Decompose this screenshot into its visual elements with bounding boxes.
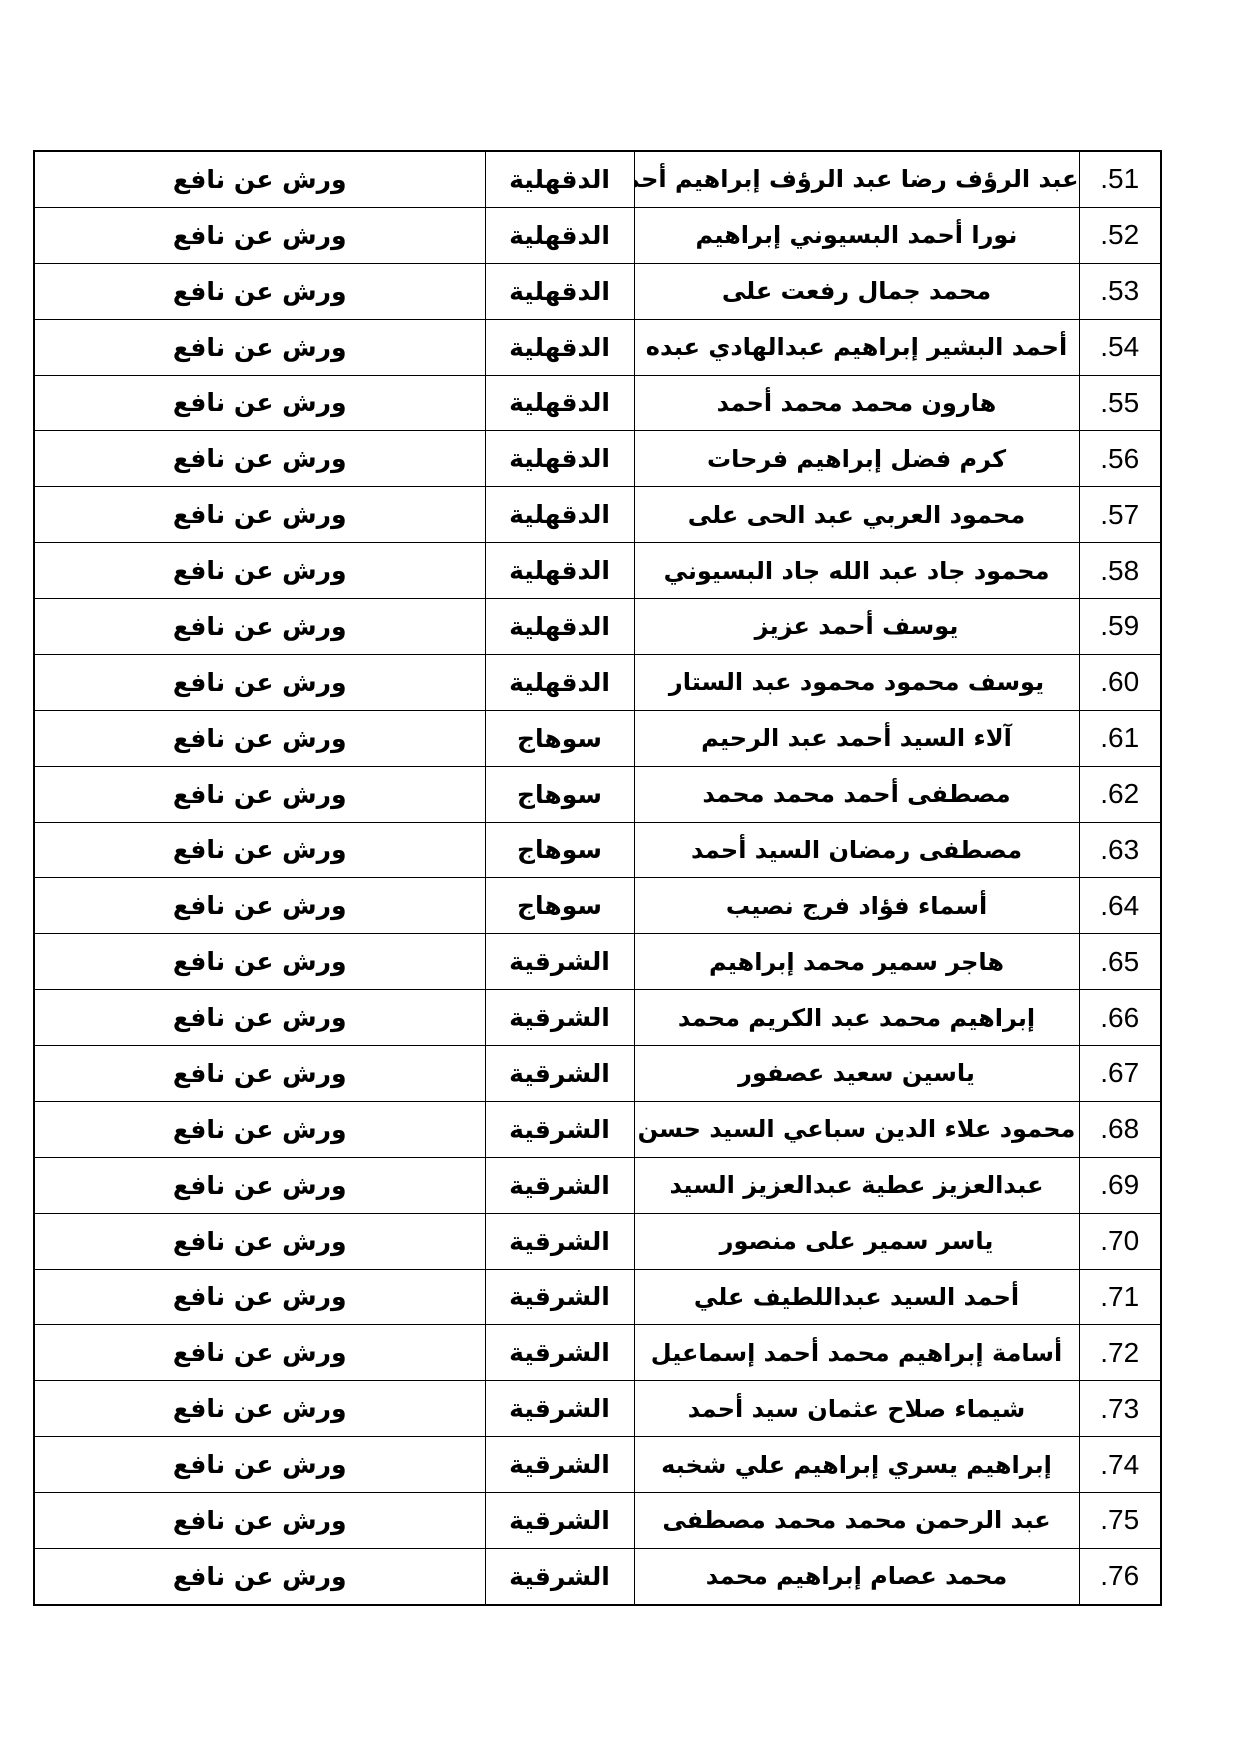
- cell-riwaya: ورش عن نافع: [34, 766, 485, 822]
- cell-riwaya: ورش عن نافع: [34, 1381, 485, 1437]
- table-row: .63 مصطفى رمضان السيد أحمد سوهاج ورش عن …: [34, 822, 1161, 878]
- cell-governorate: الدقهلية: [485, 263, 634, 319]
- cell-row-number: .64: [1079, 878, 1161, 934]
- cell-student-name: أحمد السيد عبداللطيف علي: [634, 1269, 1079, 1325]
- cell-row-number: .67: [1079, 1046, 1161, 1102]
- cell-riwaya: ورش عن نافع: [34, 207, 485, 263]
- cell-governorate: الدقهلية: [485, 543, 634, 599]
- table-row: .66 إبراهيم محمد عبد الكريم محمد الشرقية…: [34, 990, 1161, 1046]
- cell-row-number: .69: [1079, 1157, 1161, 1213]
- table-row: .64 أسماء فؤاد فرج نصيب سوهاج ورش عن ناف…: [34, 878, 1161, 934]
- cell-governorate: الشرقية: [485, 1381, 634, 1437]
- table-row: .76 محمد عصام إبراهيم محمد الشرقية ورش ع…: [34, 1548, 1161, 1604]
- table-row: .73 شيماء صلاح عثمان سيد أحمد الشرقية ور…: [34, 1381, 1161, 1437]
- cell-row-number: .74: [1079, 1437, 1161, 1493]
- cell-student-name: مصطفى أحمد محمد محمد: [634, 766, 1079, 822]
- cell-governorate: الدقهلية: [485, 599, 634, 655]
- cell-student-name: آلاء السيد أحمد عبد الرحيم: [634, 710, 1079, 766]
- cell-riwaya: ورش عن نافع: [34, 878, 485, 934]
- cell-student-name: أسماء فؤاد فرج نصيب: [634, 878, 1079, 934]
- cell-row-number: .68: [1079, 1101, 1161, 1157]
- cell-student-name: يوسف محمود محمود عبد الستار: [634, 654, 1079, 710]
- cell-row-number: .57: [1079, 487, 1161, 543]
- cell-student-name: محمد جمال رفعت على: [634, 263, 1079, 319]
- cell-student-name: ياسين سعيد عصفور: [634, 1046, 1079, 1102]
- cell-governorate: سوهاج: [485, 710, 634, 766]
- table-row: .75 عبد الرحمن محمد محمد مصطفى الشرقية و…: [34, 1493, 1161, 1549]
- cell-riwaya: ورش عن نافع: [34, 375, 485, 431]
- cell-student-name: كرم فضل إبراهيم فرحات: [634, 431, 1079, 487]
- cell-governorate: الشرقية: [485, 1437, 634, 1493]
- table-row: .67 ياسين سعيد عصفور الشرقية ورش عن نافع: [34, 1046, 1161, 1102]
- cell-governorate: الشرقية: [485, 1325, 634, 1381]
- cell-governorate: الدقهلية: [485, 487, 634, 543]
- table-row: .74 إبراهيم يسري إبراهيم علي شخبه الشرقي…: [34, 1437, 1161, 1493]
- cell-riwaya: ورش عن نافع: [34, 710, 485, 766]
- cell-riwaya: ورش عن نافع: [34, 1493, 485, 1549]
- cell-riwaya: ورش عن نافع: [34, 263, 485, 319]
- cell-row-number: .54: [1079, 319, 1161, 375]
- cell-riwaya: ورش عن نافع: [34, 1325, 485, 1381]
- cell-riwaya: ورش عن نافع: [34, 990, 485, 1046]
- cell-student-name: إبراهيم محمد عبد الكريم محمد: [634, 990, 1079, 1046]
- cell-row-number: .75: [1079, 1493, 1161, 1549]
- cell-governorate: الشرقية: [485, 990, 634, 1046]
- cell-student-name: عبد الرحمن محمد محمد مصطفى: [634, 1493, 1079, 1549]
- cell-riwaya: ورش عن نافع: [34, 1101, 485, 1157]
- table-row: .54 أحمد البشير إبراهيم عبدالهادي عبده ا…: [34, 319, 1161, 375]
- cell-student-name: إبراهيم يسري إبراهيم علي شخبه: [634, 1437, 1079, 1493]
- table-row: .58 محمود جاد عبد الله جاد البسيوني الدق…: [34, 543, 1161, 599]
- cell-student-name: نورا أحمد البسيوني إبراهيم: [634, 207, 1079, 263]
- table-row: .53 محمد جمال رفعت على الدقهلية ورش عن ن…: [34, 263, 1161, 319]
- cell-row-number: .71: [1079, 1269, 1161, 1325]
- cell-riwaya: ورش عن نافع: [34, 599, 485, 655]
- cell-governorate: الشرقية: [485, 1213, 634, 1269]
- cell-riwaya: ورش عن نافع: [34, 431, 485, 487]
- cell-row-number: .58: [1079, 543, 1161, 599]
- cell-governorate: الشرقية: [485, 1548, 634, 1604]
- cell-riwaya: ورش عن نافع: [34, 1046, 485, 1102]
- table-row: .60 يوسف محمود محمود عبد الستار الدقهلية…: [34, 654, 1161, 710]
- cell-student-name: مصطفى رمضان السيد أحمد: [634, 822, 1079, 878]
- document-page: .51 عبد الرؤف رضا عبد الرؤف إبراهيم أحمد…: [0, 0, 1240, 1755]
- table-row: .55 هارون محمد محمد أحمد الدقهلية ورش عن…: [34, 375, 1161, 431]
- cell-governorate: الشرقية: [485, 1269, 634, 1325]
- table-row: .56 كرم فضل إبراهيم فرحات الدقهلية ورش ع…: [34, 431, 1161, 487]
- table-row: .59 يوسف أحمد عزيز الدقهلية ورش عن نافع: [34, 599, 1161, 655]
- cell-governorate: الدقهلية: [485, 654, 634, 710]
- cell-student-name: هاجر سمير محمد إبراهيم: [634, 934, 1079, 990]
- cell-governorate: سوهاج: [485, 878, 634, 934]
- cell-governorate: سوهاج: [485, 822, 634, 878]
- cell-student-name: محمد عصام إبراهيم محمد: [634, 1548, 1079, 1604]
- students-table: .51 عبد الرؤف رضا عبد الرؤف إبراهيم أحمد…: [33, 150, 1162, 1606]
- table-row: .57 محمود العربي عبد الحى على الدقهلية و…: [34, 487, 1161, 543]
- cell-row-number: .65: [1079, 934, 1161, 990]
- cell-student-name: محمود العربي عبد الحى على: [634, 487, 1079, 543]
- cell-riwaya: ورش عن نافع: [34, 1213, 485, 1269]
- cell-riwaya: ورش عن نافع: [34, 822, 485, 878]
- cell-governorate: الدقهلية: [485, 151, 634, 207]
- cell-governorate: سوهاج: [485, 766, 634, 822]
- cell-student-name: عبدالعزيز عطية عبدالعزيز السيد: [634, 1157, 1079, 1213]
- cell-governorate: الدقهلية: [485, 375, 634, 431]
- cell-row-number: .72: [1079, 1325, 1161, 1381]
- cell-row-number: .62: [1079, 766, 1161, 822]
- cell-row-number: .52: [1079, 207, 1161, 263]
- cell-governorate: الشرقية: [485, 1046, 634, 1102]
- cell-riwaya: ورش عن نافع: [34, 1157, 485, 1213]
- cell-student-name: عبد الرؤف رضا عبد الرؤف إبراهيم أحمد: [634, 151, 1079, 207]
- cell-student-name: محمود علاء الدين سباعي السيد حسن: [634, 1101, 1079, 1157]
- cell-student-name: هارون محمد محمد أحمد: [634, 375, 1079, 431]
- cell-governorate: الشرقية: [485, 1157, 634, 1213]
- cell-student-name: شيماء صلاح عثمان سيد أحمد: [634, 1381, 1079, 1437]
- cell-governorate: الشرقية: [485, 934, 634, 990]
- cell-governorate: الدقهلية: [485, 431, 634, 487]
- cell-student-name: يوسف أحمد عزيز: [634, 599, 1079, 655]
- cell-riwaya: ورش عن نافع: [34, 151, 485, 207]
- table-row: .51 عبد الرؤف رضا عبد الرؤف إبراهيم أحمد…: [34, 151, 1161, 207]
- table-row: .69 عبدالعزيز عطية عبدالعزيز السيد الشرق…: [34, 1157, 1161, 1213]
- table-body: .51 عبد الرؤف رضا عبد الرؤف إبراهيم أحمد…: [34, 151, 1161, 1605]
- table-row: .65 هاجر سمير محمد إبراهيم الشرقية ورش ع…: [34, 934, 1161, 990]
- cell-student-name: محمود جاد عبد الله جاد البسيوني: [634, 543, 1079, 599]
- cell-row-number: .60: [1079, 654, 1161, 710]
- cell-row-number: .55: [1079, 375, 1161, 431]
- cell-governorate: الدقهلية: [485, 319, 634, 375]
- cell-riwaya: ورش عن نافع: [34, 934, 485, 990]
- cell-row-number: .63: [1079, 822, 1161, 878]
- table-row: .70 ياسر سمير على منصور الشرقية ورش عن ن…: [34, 1213, 1161, 1269]
- cell-governorate: الشرقية: [485, 1101, 634, 1157]
- table-row: .71 أحمد السيد عبداللطيف علي الشرقية ورش…: [34, 1269, 1161, 1325]
- cell-governorate: الدقهلية: [485, 207, 634, 263]
- cell-riwaya: ورش عن نافع: [34, 1269, 485, 1325]
- cell-riwaya: ورش عن نافع: [34, 1548, 485, 1604]
- cell-student-name: ياسر سمير على منصور: [634, 1213, 1079, 1269]
- cell-row-number: .76: [1079, 1548, 1161, 1604]
- cell-row-number: .51: [1079, 151, 1161, 207]
- cell-riwaya: ورش عن نافع: [34, 1437, 485, 1493]
- table-row: .52 نورا أحمد البسيوني إبراهيم الدقهلية …: [34, 207, 1161, 263]
- cell-student-name: أسامة إبراهيم محمد أحمد إسماعيل: [634, 1325, 1079, 1381]
- cell-row-number: .66: [1079, 990, 1161, 1046]
- cell-row-number: .73: [1079, 1381, 1161, 1437]
- cell-riwaya: ورش عن نافع: [34, 487, 485, 543]
- cell-student-name: أحمد البشير إبراهيم عبدالهادي عبده: [634, 319, 1079, 375]
- table-row: .72 أسامة إبراهيم محمد أحمد إسماعيل الشر…: [34, 1325, 1161, 1381]
- cell-row-number: .70: [1079, 1213, 1161, 1269]
- table-row: .62 مصطفى أحمد محمد محمد سوهاج ورش عن نا…: [34, 766, 1161, 822]
- table-row: .61 آلاء السيد أحمد عبد الرحيم سوهاج ورش…: [34, 710, 1161, 766]
- cell-row-number: .56: [1079, 431, 1161, 487]
- cell-riwaya: ورش عن نافع: [34, 543, 485, 599]
- cell-governorate: الشرقية: [485, 1493, 634, 1549]
- cell-riwaya: ورش عن نافع: [34, 654, 485, 710]
- table-row: .68 محمود علاء الدين سباعي السيد حسن الش…: [34, 1101, 1161, 1157]
- cell-row-number: .59: [1079, 599, 1161, 655]
- cell-row-number: .53: [1079, 263, 1161, 319]
- cell-row-number: .61: [1079, 710, 1161, 766]
- cell-riwaya: ورش عن نافع: [34, 319, 485, 375]
